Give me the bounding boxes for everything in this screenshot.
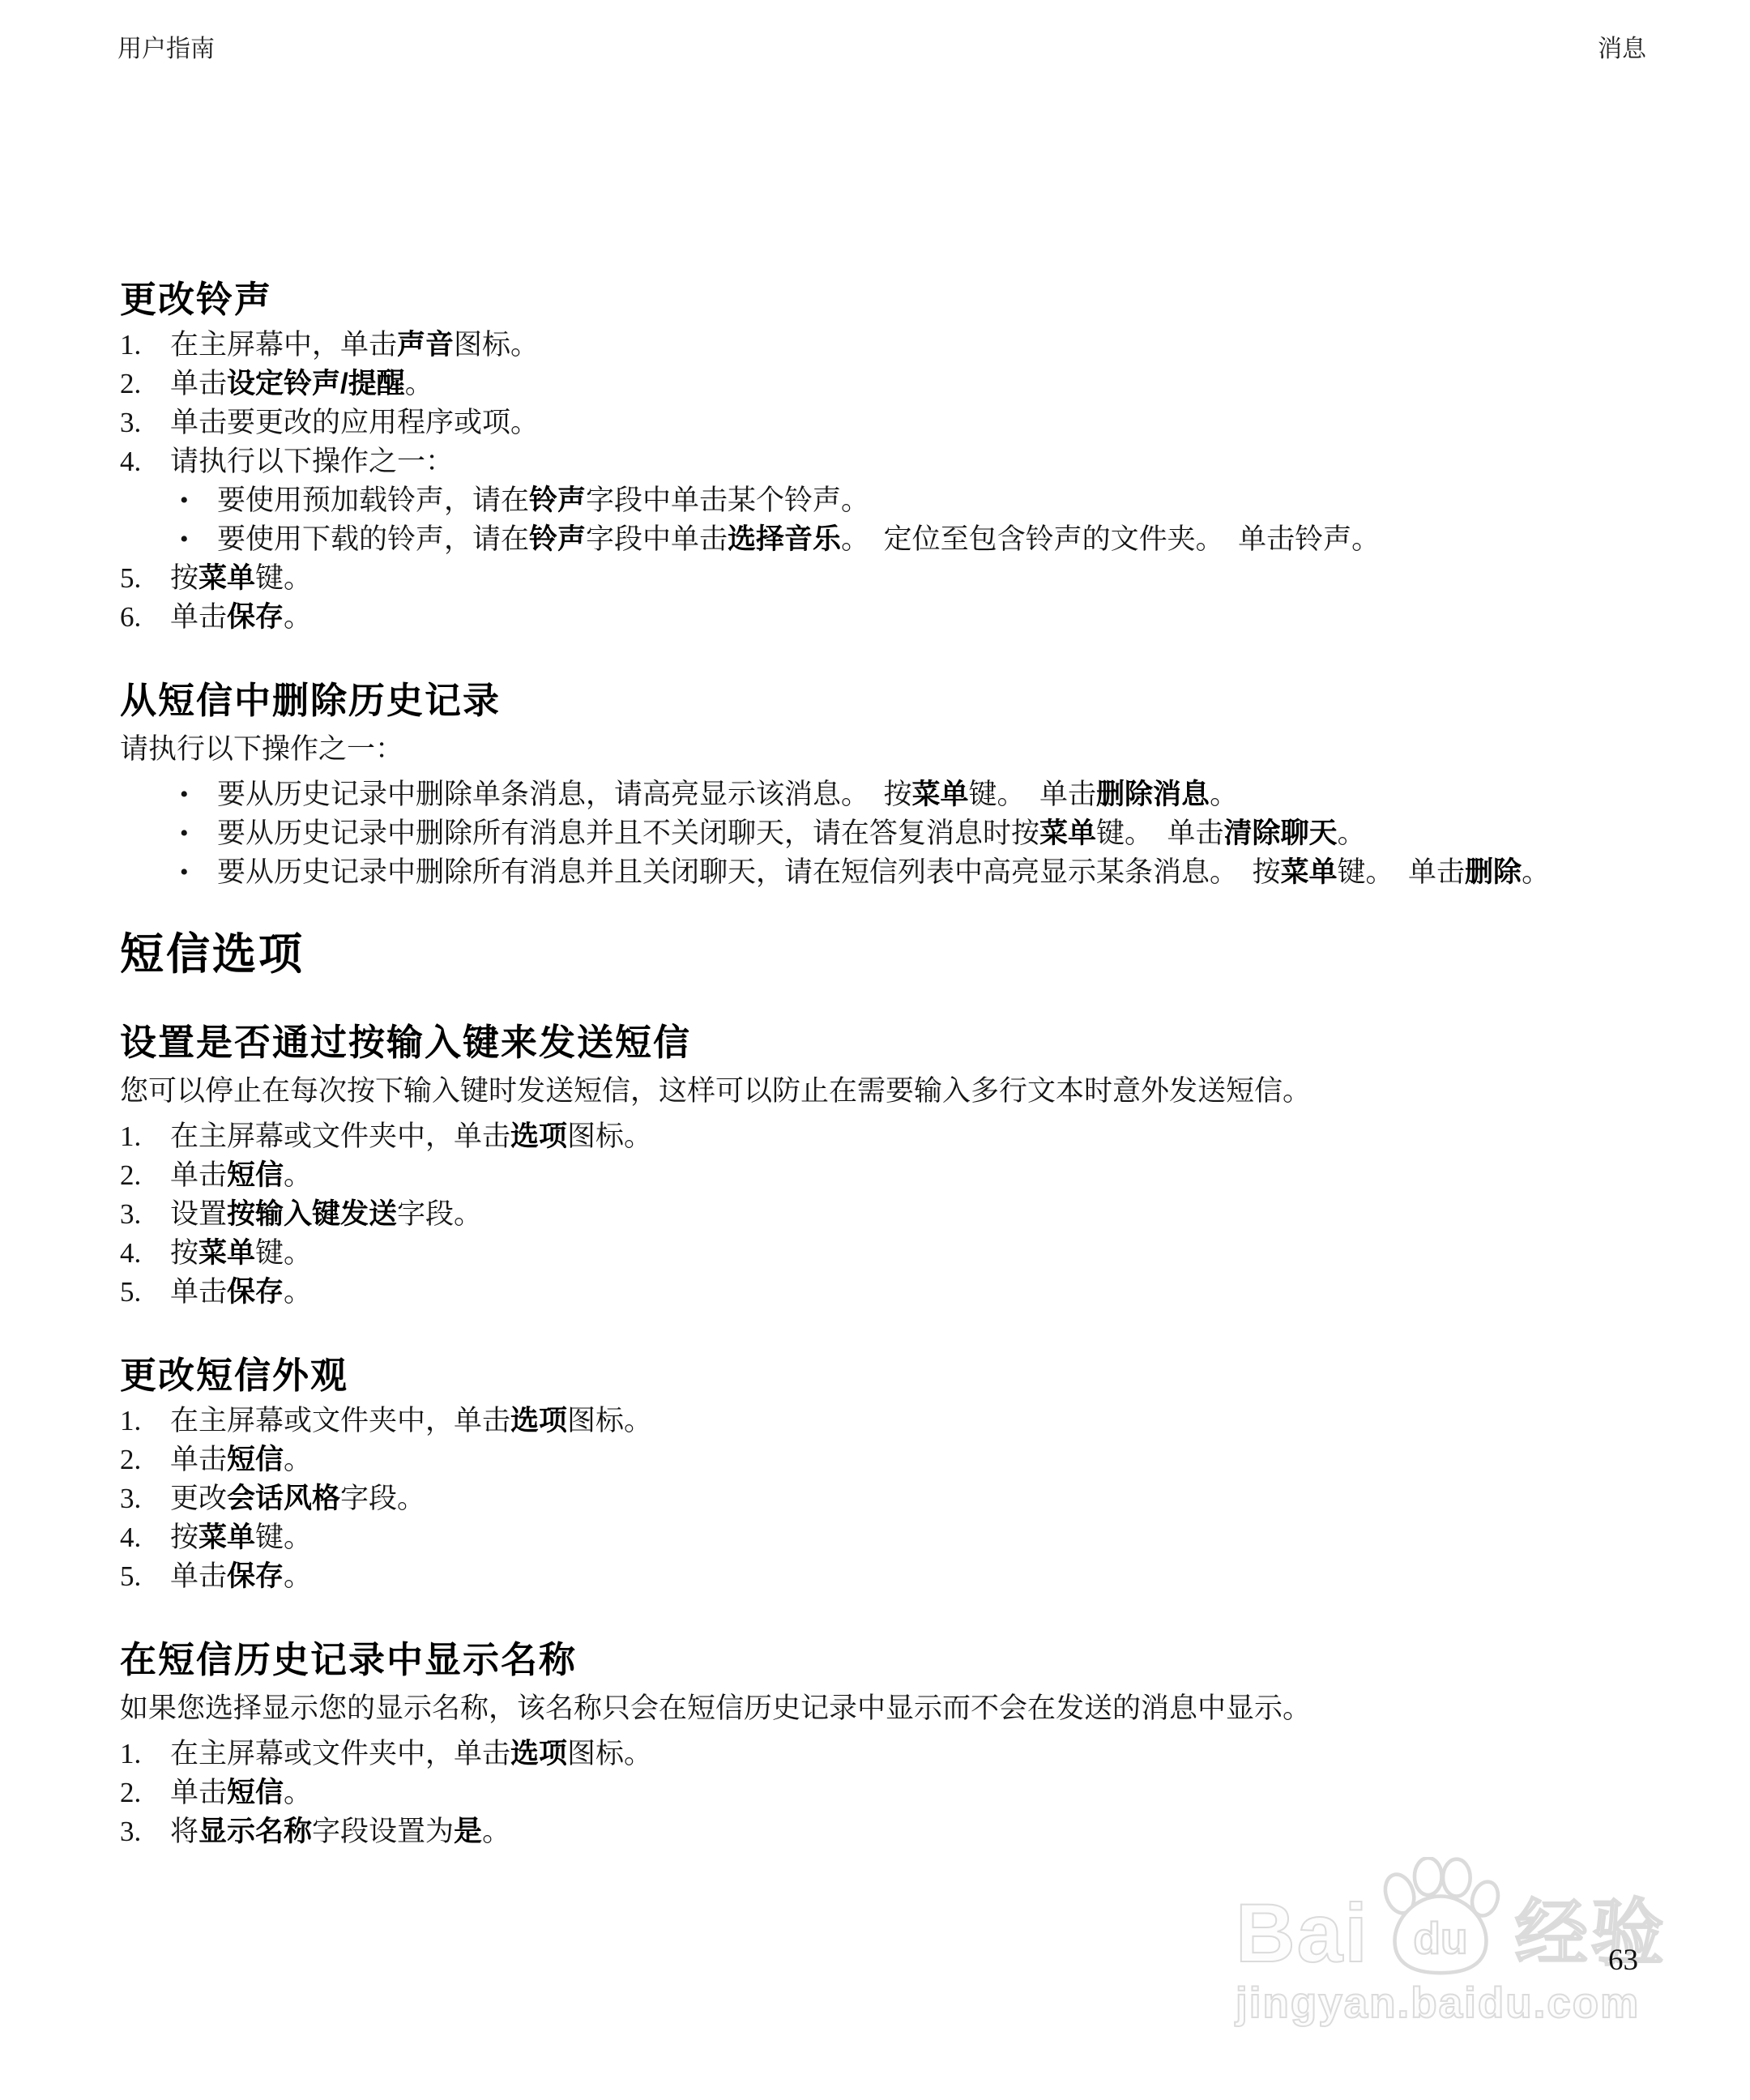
bold-term: 清除聊天	[1224, 817, 1338, 849]
bullet-item: •要使用下载的铃声，请在铃声字段中单击选择音乐。 定位至包含铃声的文件夹。 单击…	[180, 520, 1685, 559]
item-text: 单击要更改的应用程序或项。	[170, 403, 1685, 442]
text-segment: 要使用预加载铃声，请在	[217, 484, 529, 516]
delete-history-options: •要从历史记录中删除单条消息，请高亮显示该消息。 按菜单键。 单击删除消息。•要…	[120, 775, 1685, 892]
text-segment: 要从历史记录中删除所有消息并且关闭聊天，请在短信列表中高亮显示某条消息。 按	[217, 856, 1281, 888]
text-segment: 图标。	[567, 1405, 652, 1436]
text-segment: 要从历史记录中删除所有消息并且不关闭聊天，请在答复消息时按	[217, 817, 1039, 849]
numbered-item: 6.单击保存。	[120, 598, 1685, 637]
text-segment: 。	[1210, 779, 1238, 810]
item-text: 单击保存。	[170, 1273, 1685, 1312]
item-number: 4.	[120, 442, 170, 481]
text-segment: 要从历史记录中删除单条消息，请高亮显示该消息。 按	[217, 779, 912, 810]
text-segment: 如果您选择显示您的显示名称，该名称只会在短信历史记录中显示而不会在发送的消息中显…	[120, 1692, 1311, 1724]
baidu-jingyan-watermark: Bai du 经验 jingyan.baidu.com	[1236, 1857, 1673, 2028]
item-text: 更改会话风格字段。	[170, 1479, 1685, 1518]
item-number: 4.	[120, 1518, 170, 1557]
numbered-item: 5.按菜单键。	[120, 559, 1685, 598]
bold-term: 选项	[510, 1405, 567, 1436]
text-segment: 单击	[170, 1444, 227, 1475]
item-number: 2.	[120, 365, 170, 403]
item-text: 按菜单键。	[170, 1518, 1685, 1557]
numbered-item: 3.将显示名称字段设置为是。	[120, 1812, 1685, 1851]
baidu-paw-icon: du	[1372, 1857, 1509, 1980]
item-text: 将显示名称字段设置为是。	[170, 1812, 1685, 1851]
text-segment: 单击	[170, 601, 227, 633]
text-segment: 字段设置为	[312, 1816, 454, 1847]
numbered-item: 1.在主屏幕或文件夹中，单击选项图标。	[120, 1402, 1685, 1441]
text-segment: 字段。	[340, 1483, 425, 1514]
text-segment: 。	[284, 1444, 312, 1475]
text-segment: 单击	[170, 1777, 227, 1808]
text-segment: 在主屏幕中，单击	[170, 329, 397, 361]
bold-term: 选项	[510, 1738, 567, 1769]
heading-delete-history-from-sms: 从短信中删除历史记录	[120, 681, 1685, 720]
item-number: 1.	[120, 1402, 170, 1441]
item-number: 2.	[120, 1773, 170, 1812]
item-text: 要从历史记录中删除单条消息，请高亮显示该消息。 按菜单键。 单击删除消息。	[217, 775, 1685, 814]
text-segment: 。	[284, 601, 312, 633]
text-segment: 按	[170, 1522, 198, 1553]
text-segment: 。	[1338, 817, 1366, 849]
numbered-item: 2.单击短信。	[120, 1773, 1685, 1812]
text-segment: 更改	[170, 1483, 227, 1514]
item-number: 2.	[120, 1441, 170, 1479]
heading-show-names-in-history: 在短信历史记录中显示名称	[120, 1641, 1685, 1680]
bold-term: 短信	[227, 1444, 284, 1475]
item-text: 按菜单键。	[170, 559, 1685, 598]
numbered-item: 4.请执行以下操作之一：	[120, 442, 1685, 481]
bullet-item: •要从历史记录中删除所有消息并且不关闭聊天，请在答复消息时按菜单键。 单击清除聊…	[180, 814, 1685, 853]
item-text: 要从历史记录中删除所有消息并且不关闭聊天，请在答复消息时按菜单键。 单击清除聊天…	[217, 814, 1685, 853]
show-names-steps: 1.在主屏幕或文件夹中，单击选项图标。2.单击短信。3.将显示名称字段设置为是。	[120, 1735, 1685, 1851]
text-segment: 单击	[170, 1276, 227, 1308]
text-segment: 单击	[170, 1159, 227, 1191]
text-segment: 您可以停止在每次按下输入键时发送短信，这样可以防止在需要输入多行文本时意外发送短…	[120, 1075, 1311, 1107]
bold-term: 菜单	[198, 562, 255, 594]
watermark-logo-row: Bai du 经验	[1236, 1857, 1673, 1974]
paragraph-delete-history-intro: 请执行以下操作之一：	[120, 730, 1685, 769]
text-segment: 请执行以下操作之一：	[120, 733, 403, 765]
item-number: 3.	[120, 1812, 170, 1851]
bold-term: 会话风格	[227, 1483, 340, 1514]
item-number: 4.	[120, 1234, 170, 1273]
item-text: 请执行以下操作之一：	[170, 442, 1685, 481]
numbered-item: 3.更改会话风格字段。	[120, 1479, 1685, 1518]
bold-term: 是	[454, 1816, 482, 1847]
item-text: 在主屏幕或文件夹中，单击选项图标。	[170, 1117, 1685, 1156]
item-text: 单击保存。	[170, 1557, 1685, 1596]
bullet-marker: •	[180, 853, 217, 892]
watermark-jingyan-text: 经验	[1515, 1894, 1667, 1974]
numbered-item: 1.在主屏幕或文件夹中，单击选项图标。	[120, 1735, 1685, 1773]
text-segment: 设置	[170, 1198, 227, 1230]
text-segment: 单击	[170, 368, 227, 399]
item-number: 2.	[120, 1156, 170, 1195]
item-text: 单击设定铃声/提醒。	[170, 365, 1685, 403]
text-segment: 在主屏幕或文件夹中，单击	[170, 1738, 510, 1769]
item-text: 要使用下载的铃声，请在铃声字段中单击选择音乐。 定位至包含铃声的文件夹。 单击铃…	[217, 520, 1685, 559]
bullet-marker: •	[180, 520, 217, 559]
numbered-item: 1.在主屏幕或文件夹中，单击选项图标。	[120, 1117, 1685, 1156]
header-left-title: 用户指南	[117, 34, 215, 65]
text-segment: 键。	[255, 562, 312, 594]
item-text: 在主屏幕中，单击声音图标。	[170, 326, 1685, 365]
bold-term: 短信	[227, 1777, 284, 1808]
numbered-item: 2.单击短信。	[120, 1156, 1685, 1195]
text-segment: 。	[284, 1276, 312, 1308]
text-segment: 按	[170, 1237, 198, 1269]
bullet-item: •要从历史记录中删除所有消息并且关闭聊天，请在短信列表中高亮显示某条消息。 按菜…	[180, 853, 1685, 892]
bold-term: 按输入键发送	[227, 1198, 397, 1230]
change-sms-appearance-steps: 1.在主屏幕或文件夹中，单击选项图标。2.单击短信。3.更改会话风格字段。4.按…	[120, 1402, 1685, 1596]
item-number: 3.	[120, 1479, 170, 1518]
bold-term: 铃声	[529, 484, 586, 516]
numbered-item: 3.设置按输入键发送字段。	[120, 1195, 1685, 1234]
bold-term: 保存	[227, 601, 284, 633]
heading-change-ringtone: 更改铃声	[120, 280, 1685, 319]
text-segment: 键。	[255, 1237, 312, 1269]
item-text: 按菜单键。	[170, 1234, 1685, 1273]
text-segment: 在主屏幕或文件夹中，单击	[170, 1120, 510, 1152]
text-segment: 。	[284, 1560, 312, 1592]
text-segment: 图标。	[454, 329, 539, 361]
text-segment: 单击要更改的应用程序或项。	[170, 407, 539, 438]
heading-sms-options: 短信选项	[120, 930, 1685, 979]
text-segment: 图标。	[567, 1738, 652, 1769]
item-text: 在主屏幕或文件夹中，单击选项图标。	[170, 1735, 1685, 1773]
bold-term: 菜单	[1281, 856, 1338, 888]
text-segment: 键。 单击	[969, 779, 1097, 810]
text-segment: 。	[284, 1159, 312, 1191]
text-segment: 。	[482, 1816, 510, 1847]
text-segment: 键。	[255, 1522, 312, 1553]
set-enter-key-send-steps: 1.在主屏幕或文件夹中，单击选项图标。2.单击短信。3.设置按输入键发送字段。4…	[120, 1117, 1685, 1312]
item-number: 5.	[120, 559, 170, 598]
text-segment: 。	[1522, 856, 1550, 888]
item-text: 单击短信。	[170, 1441, 1685, 1479]
bold-term: 显示名称	[198, 1816, 312, 1847]
numbered-item: 2.单击设定铃声/提醒。	[120, 365, 1685, 403]
page-number: 63	[1608, 1943, 1638, 1978]
paragraph-show-names-intro: 如果您选择显示您的显示名称，该名称只会在短信历史记录中显示而不会在发送的消息中显…	[120, 1689, 1685, 1728]
bold-term: 设定铃声/提醒	[227, 368, 405, 399]
paragraph-set-enter-key-send-intro: 您可以停止在每次按下输入键时发送短信，这样可以防止在需要输入多行文本时意外发送短…	[120, 1072, 1685, 1111]
text-segment: 键。 单击	[1096, 817, 1224, 849]
bullet-marker: •	[180, 775, 217, 814]
numbered-item: 5.单击保存。	[120, 1557, 1685, 1596]
text-segment: 要使用下载的铃声，请在	[217, 523, 529, 555]
text-segment: 。	[284, 1777, 312, 1808]
bullet-marker: •	[180, 481, 217, 520]
bold-term: 短信	[227, 1159, 284, 1191]
document-content: 更改铃声1.在主屏幕中，单击声音图标。2.单击设定铃声/提醒。3.单击要更改的应…	[120, 70, 1685, 1851]
change-ringtone-steps: 1.在主屏幕中，单击声音图标。2.单击设定铃声/提醒。3.单击要更改的应用程序或…	[120, 326, 1685, 637]
bold-term: 选择音乐	[728, 523, 841, 555]
numbered-item: 4.按菜单键。	[120, 1234, 1685, 1273]
bold-term: 菜单	[912, 779, 969, 810]
item-number: 1.	[120, 1117, 170, 1156]
text-segment: 按	[170, 562, 198, 594]
text-segment: 字段中单击	[586, 523, 728, 555]
document-page: { "header": { "left": "用户指南", "right": "…	[0, 0, 1750, 2100]
bold-term: 菜单	[1039, 817, 1096, 849]
item-number: 6.	[120, 598, 170, 637]
text-segment: 请执行以下操作之一：	[170, 446, 454, 477]
item-number: 1.	[120, 1735, 170, 1773]
page-header: 用户指南 消息	[117, 34, 1646, 65]
heading-set-enter-key-send: 设置是否通过按输入键来发送短信	[120, 1023, 1685, 1062]
numbered-item: 3.单击要更改的应用程序或项。	[120, 403, 1685, 442]
bullet-item: •要使用预加载铃声，请在铃声字段中单击某个铃声。	[180, 481, 1685, 520]
bold-term: 菜单	[198, 1237, 255, 1269]
text-segment: 。	[405, 368, 433, 399]
text-segment: 。 定位至包含铃声的文件夹。 单击铃声。	[841, 523, 1380, 555]
item-text: 设置按输入键发送字段。	[170, 1195, 1685, 1234]
numbered-item: 4.按菜单键。	[120, 1518, 1685, 1557]
item-number: 3.	[120, 1195, 170, 1234]
text-segment: 将	[170, 1816, 198, 1847]
heading-change-sms-appearance: 更改短信外观	[120, 1356, 1685, 1395]
watermark-bai-text: Bai	[1236, 1893, 1369, 1974]
bullet-item: •要从历史记录中删除单条消息，请高亮显示该消息。 按菜单键。 单击删除消息。	[180, 775, 1685, 814]
item-text: 要从历史记录中删除所有消息并且关闭聊天，请在短信列表中高亮显示某条消息。 按菜单…	[217, 853, 1685, 892]
item-text: 要使用预加载铃声，请在铃声字段中单击某个铃声。	[217, 481, 1685, 520]
bold-term: 选项	[510, 1120, 567, 1152]
item-text: 在主屏幕或文件夹中，单击选项图标。	[170, 1402, 1685, 1441]
item-text: 单击保存。	[170, 598, 1685, 637]
text-segment: 字段。	[397, 1198, 482, 1230]
header-right-chapter: 消息	[1598, 34, 1646, 65]
bold-term: 删除消息	[1096, 779, 1210, 810]
bold-term: 保存	[227, 1560, 284, 1592]
numbered-item: 1.在主屏幕中，单击声音图标。	[120, 326, 1685, 365]
text-segment: 在主屏幕或文件夹中，单击	[170, 1405, 510, 1436]
bold-term: 菜单	[198, 1522, 255, 1553]
bold-term: 铃声	[529, 523, 586, 555]
text-segment: 键。 单击	[1338, 856, 1466, 888]
item-number: 5.	[120, 1557, 170, 1596]
item-number: 1.	[120, 326, 170, 365]
watermark-url: jingyan.baidu.com	[1236, 1978, 1673, 2028]
bold-term: 删除	[1465, 856, 1522, 888]
bold-term: 声音	[397, 329, 454, 361]
item-number: 5.	[120, 1273, 170, 1312]
bullet-marker: •	[180, 814, 217, 853]
watermark-du-text: du	[1413, 1913, 1467, 1963]
numbered-item: 2.单击短信。	[120, 1441, 1685, 1479]
item-text: 单击短信。	[170, 1773, 1685, 1812]
text-segment: 图标。	[567, 1120, 652, 1152]
text-segment: 字段中单击某个铃声。	[586, 484, 869, 516]
text-segment: 单击	[170, 1560, 227, 1592]
item-number: 3.	[120, 403, 170, 442]
item-text: 单击短信。	[170, 1156, 1685, 1195]
numbered-item: 5.单击保存。	[120, 1273, 1685, 1312]
bold-term: 保存	[227, 1276, 284, 1308]
